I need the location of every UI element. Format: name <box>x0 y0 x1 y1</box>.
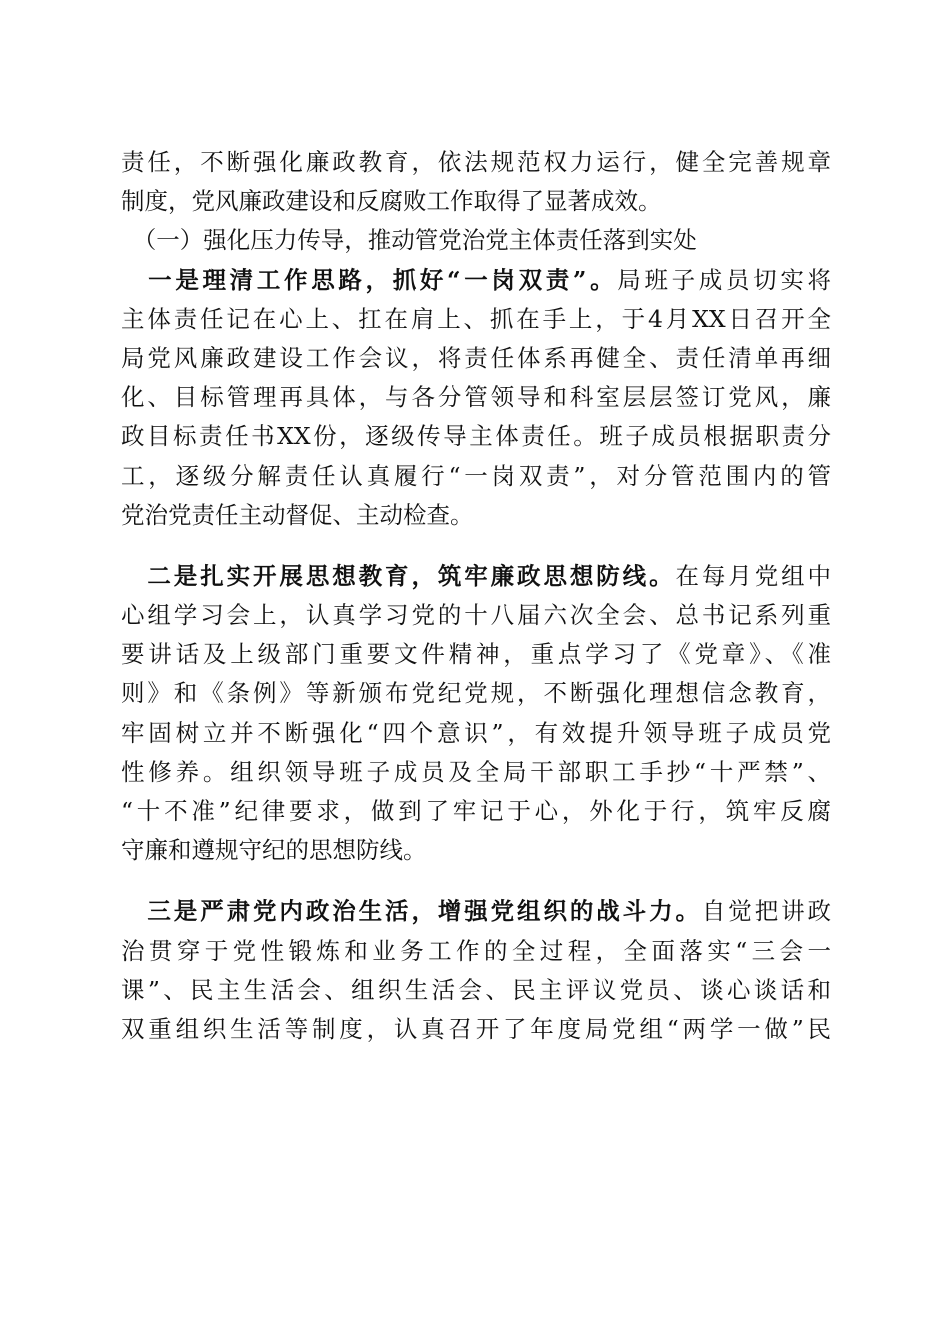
text-line: 制度，党风廉政建设和反腐败工作取得了显著成效。 <box>121 182 831 221</box>
paragraph-gap <box>121 870 831 892</box>
text-line: 局党风廉政建设工作会议，将责任体系再健全、责任清单再细 <box>121 339 831 378</box>
text-line: 课”、民主生活会、组织生活会、民主评议党员、谈心谈话和 <box>121 971 831 1010</box>
text-line: “十不准”纪律要求，做到了牢记于心，外化于行，筑牢反腐 <box>121 792 831 831</box>
text-fragment: 自觉把讲政 <box>702 897 831 925</box>
paragraph-gap <box>121 535 831 557</box>
text-line: 工，逐级分解责任认真履行“一岗双责”，对分管范围内的管 <box>121 457 831 496</box>
text-line: 政目标责任书XX份，逐级传导主体责任。班子成员根据职责分 <box>121 417 831 456</box>
point-lead: 一是理清工作思路，抓好“一岗双责”。 <box>121 266 617 294</box>
text-line: 牢固树立并不断强化“四个意识”，有效提升领导班子成员党 <box>121 714 831 753</box>
point-lead: 二是扎实开展思想教育，筑牢廉政思想防线。 <box>121 562 675 590</box>
text-line: 要讲话及上级部门重要文件精神，重点学习了《党章》、《准 <box>121 635 831 674</box>
paragraph-point-1: 一是理清工作思路，抓好“一岗双责”。局班子成员切实将 主体责任记在心上、扛在肩上… <box>121 261 831 535</box>
text-fragment: 在每月党组中 <box>675 562 831 590</box>
point-lead: 三是严肃党内政治生活，增强党组织的战斗力。 <box>121 897 702 925</box>
document-body: 责任，不断强化廉政教育，依法规范权力运行，健全完善规章 制度，党风廉政建设和反腐… <box>121 143 831 1049</box>
text-fragment: 局班子成员切实将 <box>617 266 831 294</box>
paragraph-point-3: 三是严肃党内政治生活，增强党组织的战斗力。自觉把讲政 治贯穿于党性锻炼和业务工作… <box>121 892 831 1049</box>
text-line: 性修养。组织领导班子成员及全局干部职工手抄“十严禁”、 <box>121 753 831 792</box>
text-line: 心组学习会上，认真学习党的十八届六次全会、总书记系列重 <box>121 596 831 635</box>
text-line: 化、目标管理再具体，与各分管领导和科室层层签订党风，廉 <box>121 378 831 417</box>
paragraph-intro-continuation: 责任，不断强化廉政教育，依法规范权力运行，健全完善规章 制度，党风廉政建设和反腐… <box>121 143 831 221</box>
text-line: 党治党责任主动督促、主动检查。 <box>121 496 831 535</box>
section-heading: （一）强化压力传导，推动管党治党主体责任落到实处 <box>121 221 831 260</box>
text-line: 一是理清工作思路，抓好“一岗双责”。局班子成员切实将 <box>121 261 831 300</box>
text-line: 责任，不断强化廉政教育，依法规范权力运行，健全完善规章 <box>121 143 831 182</box>
text-line: 双重组织生活等制度，认真召开了年度局党组“两学一做”民 <box>121 1010 831 1049</box>
text-line: 二是扎实开展思想教育，筑牢廉政思想防线。在每月党组中 <box>121 557 831 596</box>
heading-text: （一）强化压力传导，推动管党治党主体责任落到实处 <box>121 221 831 260</box>
text-line: 则》和《条例》等新颁布党纪党规，不断强化理想信念教育， <box>121 674 831 713</box>
text-line: 守廉和遵规守纪的思想防线。 <box>121 831 831 870</box>
text-line: 治贯穿于党性锻炼和业务工作的全过程，全面落实“三会一 <box>121 932 831 971</box>
text-line: 主体责任记在心上、扛在肩上、抓在手上，于4月XX日召开全 <box>121 300 831 339</box>
paragraph-point-2: 二是扎实开展思想教育，筑牢廉政思想防线。在每月党组中 心组学习会上，认真学习党的… <box>121 557 831 871</box>
document-page: 责任，不断强化廉政教育，依法规范权力运行，健全完善规章 制度，党风廉政建设和反腐… <box>0 0 950 1344</box>
text-line: 三是严肃党内政治生活，增强党组织的战斗力。自觉把讲政 <box>121 892 831 931</box>
